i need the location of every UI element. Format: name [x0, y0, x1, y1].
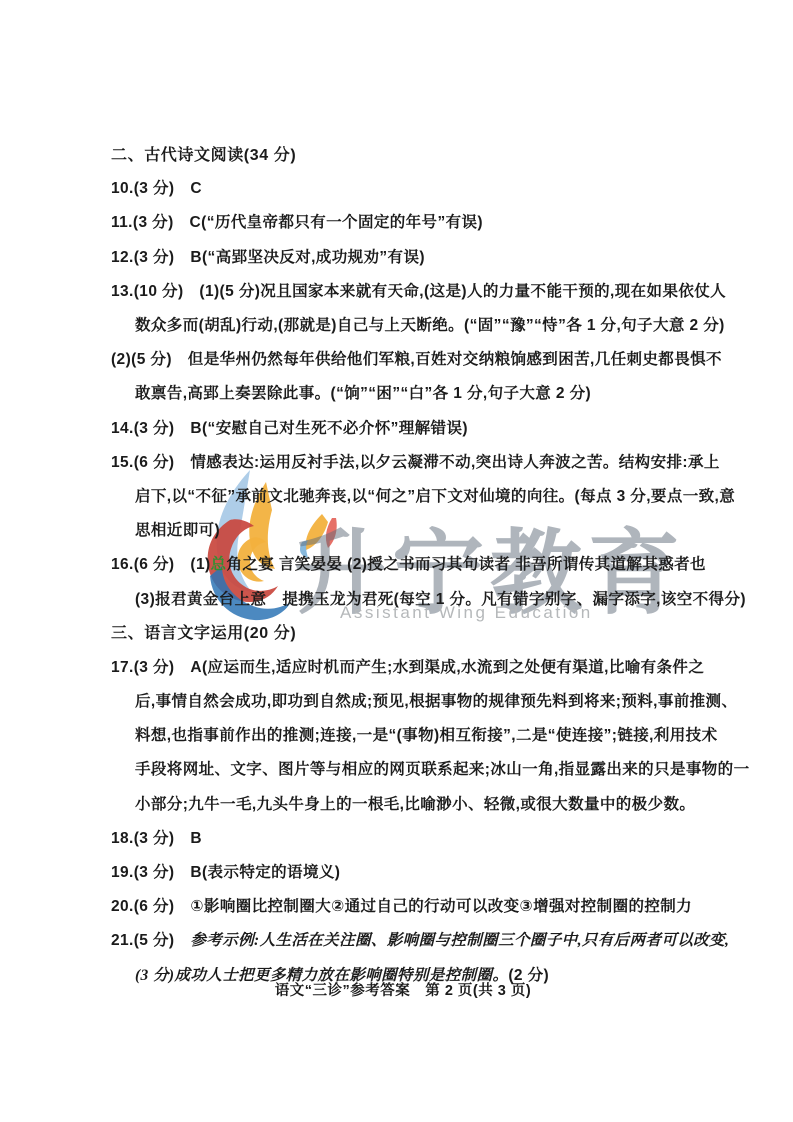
- section-heading: 二、古代诗文阅读(34 分): [111, 136, 695, 170]
- text-run: 敢禀告,高郢上奏罢除此事。(“饷”“困”“白”各 1 分,句子大意 2 分): [135, 381, 591, 403]
- text-line: 10.(3 分) C: [111, 170, 695, 204]
- text-run: 角之宴 言笑晏晏 (2)授之书而习其句读者 非吾所谓传其道解其惑者也: [226, 552, 705, 574]
- text-run: 参考示例:人生活在关注圈、影响圈与控制圈三个圈子中,只有后两者可以改变,: [190, 928, 729, 950]
- text-run: 思相近即可): [135, 518, 220, 540]
- text-run: 17.(3 分) A(应运而生,适应时机而产生;水到渠成,水流到之处便有渠道,比…: [111, 655, 704, 677]
- document-page: 升宁教育 Assistant Wing Education 二、古代诗文阅读(3…: [0, 0, 793, 1122]
- text-line: 12.(3 分) B(“高郢坚决反对,成功规劝”有误): [111, 239, 695, 273]
- text-line: 19.(3 分) B(表示特定的语境义): [111, 854, 695, 888]
- text-line: 18.(3 分) B: [111, 820, 695, 854]
- text-run: 21.(5 分): [111, 928, 190, 950]
- text-line: 20.(6 分) ①影响圈比控制圈大②通过自己的行动可以改变③增强对控制圈的控制…: [111, 888, 695, 922]
- text-line: 14.(3 分) B(“安慰自己对生死不必介怀”理解错误): [111, 410, 695, 444]
- text-run: 三、语言文字运用(20 分): [111, 620, 296, 643]
- text-line: (3)报君黄金台上意 提携玉龙为君死(每空 1 分。凡有错字别字、漏字添字,该空…: [111, 580, 695, 614]
- text-run: 数众多而(胡乱)行动,(那就是)自己与上天断绝。(“固”“豫”“恃”各 1 分,…: [135, 313, 725, 335]
- text-line: 11.(3 分) C(“历代皇帝都只有一个固定的年号”有误): [111, 204, 695, 238]
- text-line: 21.(5 分) 参考示例:人生活在关注圈、影响圈与控制圈三个圈子中,只有后两者…: [111, 922, 695, 956]
- answer-lines: 二、古代诗文阅读(34 分)10.(3 分) C11.(3 分) C(“历代皇帝…: [111, 136, 695, 991]
- page-footer: 语文“三诊”参考答案 第 2 页(共 3 页): [111, 979, 695, 1000]
- text-run: 13.(10 分) (1)(5 分)况且国家本来就有天命,(这是)人的力量不能干…: [111, 279, 726, 301]
- text-line: 15.(6 分) 情感表达:运用反衬手法,以夕云凝滞不动,突出诗人奔波之苦。结构…: [111, 444, 695, 478]
- text-line: 17.(3 分) A(应运而生,适应时机而产生;水到渠成,水流到之处便有渠道,比…: [111, 649, 695, 683]
- section-heading: 三、语言文字运用(20 分): [111, 615, 695, 649]
- text-run: 启下,以“不征”承前文北驰奔丧,以“何之”启下文对仙境的向往。(每点 3 分,要…: [135, 484, 735, 506]
- text-run: 15.(6 分) 情感表达:运用反衬手法,以夕云凝滞不动,突出诗人奔波之苦。结构…: [111, 450, 720, 472]
- text-run: 20.(6 分) ①影响圈比控制圈大②通过自己的行动可以改变③增强对控制圈的控制…: [111, 894, 692, 916]
- text-run: 总: [211, 552, 227, 574]
- text-line: 16.(6 分) (1)总角之宴 言笑晏晏 (2)授之书而习其句读者 非吾所谓传…: [111, 546, 695, 580]
- text-line: 启下,以“不征”承前文北驰奔丧,以“何之”启下文对仙境的向往。(每点 3 分,要…: [111, 478, 695, 512]
- text-line: 料想,也指事前作出的推测;连接,一是“(事物)相互衔接”,二是“使连接”;链接,…: [111, 717, 695, 751]
- text-line: (2)(5 分) 但是华州仍然每年供给他们军粮,百姓对交纳粮饷感到困苦,几任刺史…: [111, 341, 695, 375]
- text-run: 二、古代诗文阅读(34 分): [111, 142, 296, 165]
- text-line: 思相近即可): [111, 512, 695, 546]
- text-run: 19.(3 分) B(表示特定的语境义): [111, 860, 340, 882]
- text-run: (3)报君黄金台上意 提携玉龙为君死(每空 1 分。凡有错字别字、漏字添字,该空…: [135, 587, 746, 609]
- text-run: 后,事情自然会成功,即功到自然成;预见,根据事物的规律预先料到将来;预料,事前推…: [135, 689, 737, 711]
- text-run: 11.(3 分) C(“历代皇帝都只有一个固定的年号”有误): [111, 210, 483, 232]
- text-run: 料想,也指事前作出的推测;连接,一是“(事物)相互衔接”,二是“使连接”;链接,…: [135, 723, 717, 745]
- text-line: 13.(10 分) (1)(5 分)况且国家本来就有天命,(这是)人的力量不能干…: [111, 273, 695, 307]
- text-run: 手段将网址、文字、图片等与相应的网页联系起来;冰山一角,指显露出来的只是事物的一: [135, 757, 749, 779]
- text-line: 小部分;九牛一毛,九头牛身上的一根毛,比喻渺小、轻微,或很大数量中的极少数。: [111, 786, 695, 820]
- text-line: 后,事情自然会成功,即功到自然成;预见,根据事物的规律预先料到将来;预料,事前推…: [111, 683, 695, 717]
- text-run: 小部分;九牛一毛,九头牛身上的一根毛,比喻渺小、轻微,或很大数量中的极少数。: [135, 792, 695, 814]
- text-line: 手段将网址、文字、图片等与相应的网页联系起来;冰山一角,指显露出来的只是事物的一: [111, 751, 695, 785]
- text-line: 敢禀告,高郢上奏罢除此事。(“饷”“困”“白”各 1 分,句子大意 2 分): [111, 375, 695, 409]
- text-run: 10.(3 分) C: [111, 176, 202, 198]
- text-run: 12.(3 分) B(“高郢坚决反对,成功规劝”有误): [111, 245, 425, 267]
- text-run: 16.(6 分) (1): [111, 552, 211, 574]
- text-run: 14.(3 分) B(“安慰自己对生死不必介怀”理解错误): [111, 416, 468, 438]
- text-line: 数众多而(胡乱)行动,(那就是)自己与上天断绝。(“固”“豫”“恃”各 1 分,…: [111, 307, 695, 341]
- text-run: 18.(3 分) B: [111, 826, 202, 848]
- text-run: (2)(5 分) 但是华州仍然每年供给他们军粮,百姓对交纳粮饷感到困苦,几任刺史…: [111, 347, 722, 369]
